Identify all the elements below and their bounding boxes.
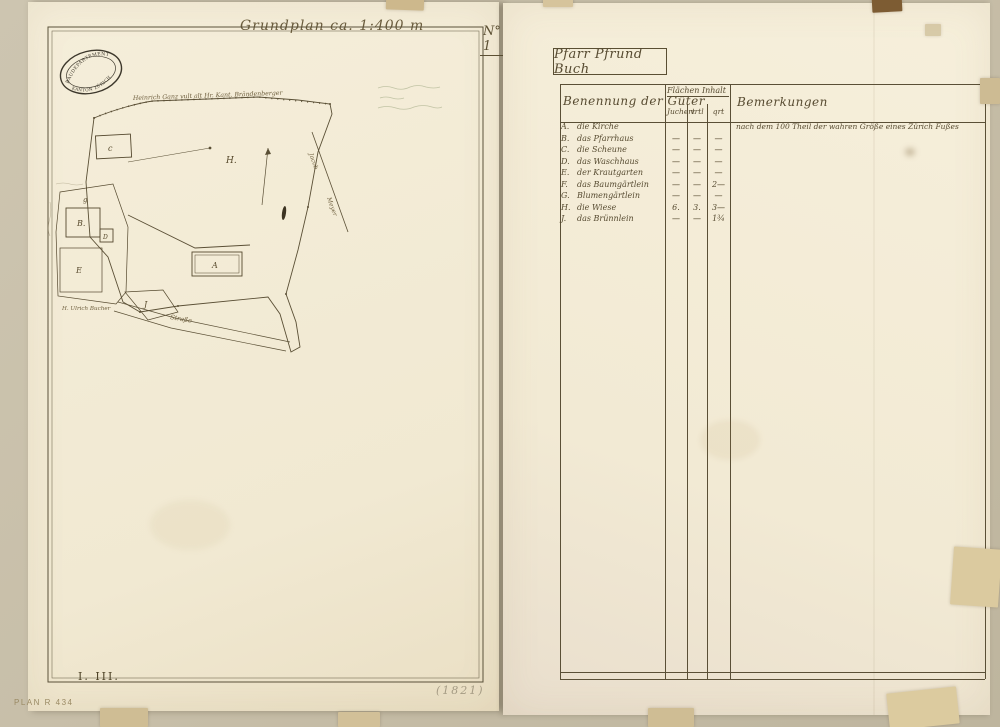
cell-vrtl: — [688, 191, 706, 200]
cell-qrt: — [708, 145, 729, 154]
cell-qrt: — [708, 168, 729, 177]
table-row: B.das Pfarrhaus——— [557, 134, 987, 146]
table-row: C.die Scheune——— [557, 145, 987, 157]
cell-vrtl: — [688, 214, 706, 223]
cell-qrt: — [708, 134, 729, 143]
cell-juchert: — [666, 134, 686, 143]
register-table: Pfarr Pfrund Buch Benennung der Güter Fl… [557, 46, 987, 686]
cell-qrt: 3— [708, 203, 729, 212]
cell-name: das Waschhaus [577, 157, 663, 166]
cell-qrt: — [708, 191, 729, 200]
archive-stamp-number: PLAN R 434 [14, 698, 73, 707]
table-row: G.Blumengärtlein——— [557, 191, 987, 203]
cell-letter: A. [561, 122, 575, 131]
neighbor-top-label: Heinrich Ganz vult alt Hr. Kant. Bränden… [132, 90, 284, 102]
parcel-outline [86, 97, 348, 352]
cell-name: die Kirche [577, 122, 663, 131]
tape-bottom-4 [886, 686, 959, 727]
letter-waschhaus: D [102, 234, 108, 241]
road-label: Straße [170, 313, 193, 325]
cell-juchert: — [666, 191, 686, 200]
table-row: F.das Baumgärtlein——2— [557, 180, 987, 192]
column-header-juchert: Juchert [667, 107, 686, 116]
cell-letter: E. [561, 168, 575, 177]
table-row: H.die Wiese6.3.3— [557, 203, 987, 215]
register-title-box: Pfarr Pfrund Buch [553, 48, 667, 75]
table-line-bottom-2 [560, 679, 985, 680]
cell-vrtl: — [688, 180, 706, 189]
cell-letter: B. [561, 134, 575, 143]
cell-name: das Brünnlein [577, 214, 663, 223]
ink-blot [281, 206, 287, 220]
table-line-top [560, 84, 985, 85]
cell-name: der Krautgarten [577, 168, 663, 177]
letter-kirche: A [211, 261, 218, 270]
cell-letter: D. [561, 157, 575, 166]
tape-right-1 [980, 78, 1000, 104]
letter-wiese: H. [225, 156, 237, 166]
register-title: Pfarr Pfrund Buch [554, 47, 666, 77]
plan-border [48, 27, 483, 682]
tape-bottom-1 [100, 708, 148, 727]
cell-juchert: — [666, 168, 686, 177]
authority-stamp: BAUDEPARTEMENT KANTON ZÜRICH [56, 44, 126, 100]
cell-name: Blumengärtlein [577, 191, 663, 200]
cell-qrt: 1¾ [708, 214, 729, 223]
cell-juchert: — [666, 145, 686, 154]
cell-juchert: — [666, 180, 686, 189]
table-row: E.der Krautgarten——— [557, 168, 987, 180]
owner-bottom-label: H. Ulrich Bucher [61, 306, 111, 312]
letter-bruennlein: J [142, 300, 148, 309]
pencil-notes [378, 86, 442, 110]
stain-3 [150, 500, 230, 550]
column-header-vrtl: vrtl [688, 107, 706, 116]
cell-vrtl: — [688, 134, 706, 143]
cell-letter: H. [561, 203, 575, 212]
cell-juchert: — [666, 214, 686, 223]
tape-right-2 [950, 546, 1000, 607]
plan-drawing: BAUDEPARTEMENT KANTON ZÜRICH [28, 2, 499, 711]
cell-letter: F. [561, 180, 575, 189]
pencil-year-note: (1821) [436, 684, 485, 697]
table-row: A.die Kirchenach dem 100 Theil der wahre… [557, 122, 987, 134]
cell-name: die Scheune [577, 145, 663, 154]
tape-top-1 [386, 0, 424, 11]
cell-vrtl: — [688, 168, 706, 177]
column-header-qrt: qrt [708, 107, 729, 116]
stain-2 [700, 420, 760, 460]
tape-bottom-2 [338, 712, 380, 727]
tape-bottom-3 [648, 708, 694, 727]
neighbor-right-label-2: Meyer [325, 195, 339, 218]
table-line-bottom-1 [560, 672, 985, 673]
letter-krautgarten: E [75, 266, 82, 275]
left-page-plan: Grundplan ca. 1:400 m N° 1 I. III. BAUDE… [28, 2, 499, 711]
archival-plan-sheet: Grundplan ca. 1:400 m N° 1 I. III. BAUDE… [0, 0, 1000, 727]
stain-1 [905, 148, 915, 156]
cell-juchert: 6. [666, 203, 686, 212]
cell-vrtl: 3. [688, 203, 706, 212]
building-scheune [95, 134, 131, 159]
tape-top-4 [925, 24, 941, 36]
cell-juchert: — [666, 157, 686, 166]
letter-blumengaertlein: g [83, 196, 88, 204]
cell-qrt: 2— [708, 180, 729, 189]
cell-qrt: — [708, 157, 729, 166]
cell-letter: C. [561, 145, 575, 154]
cell-vrtl: — [688, 157, 706, 166]
table-row: D.das Waschhaus——— [557, 157, 987, 169]
tape-top-2 [543, 0, 573, 7]
cell-name: die Wiese [577, 203, 663, 212]
cell-note: nach dem 100 Theil der wahren Größe eine… [736, 122, 982, 131]
letter-pfarrhaus: B. [76, 219, 85, 228]
cell-name: das Pfarrhaus [577, 134, 663, 143]
cell-letter: J. [561, 214, 575, 223]
column-header-area: Flächen Inhalt [667, 86, 729, 97]
cell-name: das Baumgärtlein [577, 180, 663, 189]
tape-top-3-dark [872, 0, 903, 13]
map-letters: c H. A B. D E g J [75, 144, 237, 309]
column-header-notes: Bemerkungen [737, 95, 828, 109]
table-row: J.das Brünnlein——1¾ [557, 214, 987, 226]
map-labels: Heinrich Ganz vult alt Hr. Kant. Bränden… [61, 90, 339, 325]
cell-letter: G. [561, 191, 575, 200]
letter-scheune: c [108, 144, 113, 153]
cell-vrtl: — [688, 145, 706, 154]
